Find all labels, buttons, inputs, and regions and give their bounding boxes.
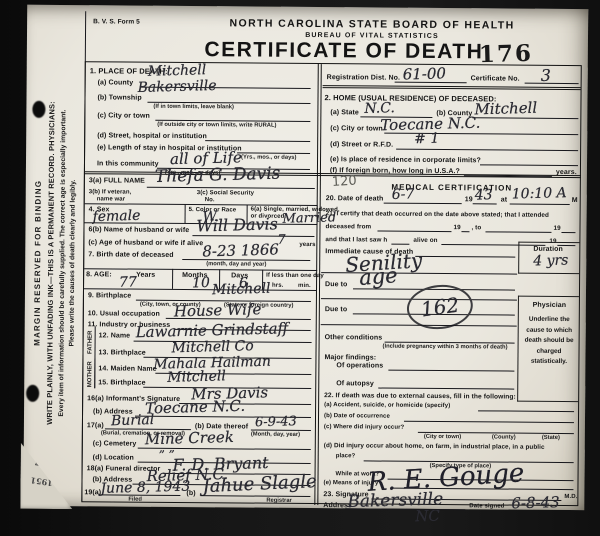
place-street-label: (d) Street, hospital or institution (97, 132, 207, 141)
rule (478, 410, 574, 412)
certify-alive-label: alive on (413, 237, 437, 244)
father-name-label: 12. Name (99, 332, 131, 340)
place-county-label: (a) County (98, 79, 134, 87)
rule (84, 268, 317, 271)
rule (461, 231, 469, 232)
spouse-age-label: (c) Age of husband or wife if alive (88, 239, 203, 248)
home-state-value: N.C. (364, 100, 395, 117)
place-county-value: Mitchell (148, 62, 207, 80)
rule (147, 187, 315, 189)
form-body: 1. PLACE OF DEATH: Mitchell (a) County B… (81, 61, 581, 506)
age-years-label: Years (136, 272, 155, 280)
due-to-label-2: Due to (325, 306, 347, 314)
date-signed-label: Date signed (469, 503, 504, 510)
disposition-type-value: Burial (111, 412, 155, 429)
duration-box: Duration 4 yrs (518, 242, 579, 274)
duration-value: 4 yrs (533, 252, 569, 269)
father-side-label: FATHER (87, 326, 93, 358)
pencil-number: 120 (331, 174, 357, 191)
rule (473, 203, 497, 204)
filed-note: Filed (128, 497, 142, 504)
certify-saw-label: and that I last saw h (325, 236, 387, 243)
rule (377, 231, 451, 233)
margin-note-permanent: WRITE PLAINLY, WITH UNFADING INK—THIS IS… (44, 24, 57, 502)
rule (384, 203, 462, 205)
scan-background: MARGIN RESERVED FOR BINDING WRITE PLAINL… (0, 0, 600, 536)
form-number: B. V. S. Form 5 (93, 18, 140, 26)
place-city-label: (c) City or town (97, 112, 150, 120)
disposition-date-note: (Month, day, year) (251, 432, 300, 439)
disposition-type-label: 17(a) (87, 422, 104, 430)
rule (472, 117, 578, 119)
certificate-card: MARGIN RESERVED FOR BINDING WRITE PLAINL… (23, 5, 588, 510)
birthdate-value: 8-23 1866 (202, 240, 279, 260)
full-name-value: Thefa G. Davis (155, 164, 281, 187)
physician-note-box: Physician Underline the cause to which d… (517, 296, 579, 402)
rule (404, 421, 574, 423)
external-date-label: (b) Date of occurrence (324, 413, 390, 421)
right-column: Registration Dist. No. 61-00 Certificate… (319, 64, 580, 507)
spouse-label: 6(b) Name of husband or wife (88, 226, 189, 235)
parent-bracket-line (94, 358, 95, 388)
home-county-value: Mitchell (474, 99, 537, 119)
rule (525, 83, 579, 84)
rule (480, 164, 578, 166)
ssn-label2: No. (205, 197, 215, 204)
other-conditions-note: (Include pregnancy within 3 months of de… (383, 344, 508, 352)
rule (510, 204, 570, 205)
punch-hole (32, 101, 45, 118)
registrar-note: Registrar (266, 498, 292, 505)
age-label: 8. AGE: (86, 271, 112, 279)
margin-note-binding: MARGIN RESERVED FOR BINDING (31, 24, 44, 502)
certificate-no-label: Certificate No. (471, 75, 520, 83)
certify-19a: 19 (453, 224, 460, 231)
death-year-value: 43 (475, 187, 493, 203)
location-label: (d) Location (93, 454, 134, 462)
due-to-value-1: age (358, 263, 398, 290)
external-where-label: (c) Where did injury occur? (324, 424, 404, 432)
mother-birthplace-value: Mitchell (167, 368, 226, 386)
registrar-label: (b) (186, 490, 195, 498)
birthplace-label: 9. Birthplace (88, 292, 131, 300)
circled-number-value: 162 (419, 293, 460, 322)
home-heading: 2. HOME (USUAL RESIDENCE) OF DECEASED: (324, 94, 496, 103)
home-corporate-label: (e) Is place of residence in corporate l… (330, 156, 481, 165)
registration-divider-rule (323, 85, 581, 90)
of-operations-label: Of operations (336, 362, 383, 370)
org-name: NORTH CAROLINA STATE BOARD OF HEALTH (207, 19, 537, 30)
home-city-label: (c) City or town (330, 125, 383, 133)
registration-dist-value: 61-00 (402, 64, 446, 83)
external-where-note1: (City or town) (424, 434, 461, 441)
major-findings-label: Major findings: (324, 354, 376, 362)
margin-note-legibly: Please write the causes of death clearly… (67, 24, 78, 502)
birthdate-label: 7. Birth date of deceased (88, 251, 173, 260)
rule (321, 324, 517, 327)
mother-name-label: 14. Maiden Name (98, 365, 156, 373)
father-name-value: Lawarnie Grindstaff (135, 319, 288, 341)
md-label: M.D. (564, 494, 577, 501)
filed-label: 19(a) (84, 489, 101, 497)
rule (388, 370, 514, 372)
external-place-label: (d) Did injury occur about home, on farm… (324, 442, 545, 451)
rule (561, 232, 575, 233)
external-where-note3: (State) (542, 435, 560, 442)
place-city-note: (If outside city or town limits, write R… (157, 122, 276, 130)
of-autopsy-label: Of autopsy (336, 380, 374, 388)
place-township-label: (b) Township (97, 94, 141, 102)
father-birthplace-label: 13. Birthplace (98, 349, 145, 357)
external-where-note2: (County) (492, 434, 516, 441)
home-state-label: (a) State (330, 109, 359, 117)
age-less-label: If less than one day (266, 273, 324, 280)
death-time-m-label: M (572, 197, 578, 205)
birthdate-note: (month, day and year) (206, 261, 266, 268)
rule (396, 149, 578, 151)
death-date-value: 6-7 (392, 186, 415, 203)
registrar-signature-value: Jahue Slagle (202, 471, 317, 497)
cemetery-value: Mine Creek (145, 428, 234, 448)
external-place-label2: place? (336, 453, 356, 460)
death-year-prefix: 19 (465, 196, 473, 204)
disposition-date-value: 6-9-43 (255, 414, 297, 430)
rule (378, 388, 514, 390)
informant-address-value: Toecane N.C. (145, 397, 245, 418)
left-column: 1. PLACE OF DEATH: Mitchell (a) County B… (82, 62, 318, 505)
certificate-title: CERTIFICATE OF DEATH (179, 39, 509, 64)
place-township-value: Bakersville (137, 78, 216, 96)
due-to-label-1: Due to (325, 281, 347, 289)
rule (205, 140, 310, 142)
physician-box-text: Underline the cause to which death shoul… (521, 315, 576, 368)
punch-hole (26, 385, 39, 402)
death-date-label: 20. Date of death (326, 195, 384, 203)
occupation-label: 10. Usual occupation (88, 310, 160, 319)
mother-birthplace-label: 15. Birthplace (98, 379, 145, 387)
other-conditions-label: Other conditions (325, 334, 383, 342)
date-signed-value: 6-8-43 (511, 493, 560, 512)
rule (391, 244, 409, 245)
mother-side-label: MOTHER (87, 358, 93, 390)
place-township-note: (If in town limits, leave blank) (153, 104, 234, 112)
certify-line1: 21. I certify that death occurred on the… (326, 210, 549, 219)
place-stay-note: (Yrs., mos., or days) (241, 154, 296, 161)
spouse-value: Will Davis (196, 214, 278, 235)
cell-divider (172, 269, 173, 289)
certify-from-label: deceased from (325, 223, 371, 230)
rule (415, 256, 515, 258)
physician-box-title: Physician (519, 302, 580, 310)
certify-19b: 19 (553, 225, 560, 232)
rule (200, 495, 310, 497)
home-foreign-suffix: years. (556, 169, 577, 177)
rule (192, 235, 314, 237)
death-time-value: 10:10 A (512, 185, 567, 202)
death-time-at-label: at (501, 196, 508, 204)
rule (85, 203, 318, 206)
external-kind-label: (a) Accident, suicide, or homicide (spec… (324, 402, 450, 410)
registration-dist-label: Registration Dist. No. (327, 74, 400, 83)
birthplace-value: Mitchell (212, 281, 271, 299)
full-name-label: 3(a) FULL NAME (89, 177, 145, 185)
certify-to-label: , to (471, 224, 481, 231)
margin-note-supplied: Every item of information should be care… (57, 24, 68, 502)
external-causes-heading: 22. If death was due to external causes,… (324, 392, 516, 402)
rule (464, 175, 552, 177)
home-street-label: (d) Street or R.F.D. (330, 141, 393, 149)
rule (485, 231, 551, 233)
spouse-age-suffix: years (299, 242, 315, 249)
cell-divider (185, 204, 186, 223)
cemetery-label: (c) Cemetery (93, 440, 137, 448)
home-street-value: # 1 (414, 131, 440, 148)
place-community-label: In this community (97, 160, 159, 168)
